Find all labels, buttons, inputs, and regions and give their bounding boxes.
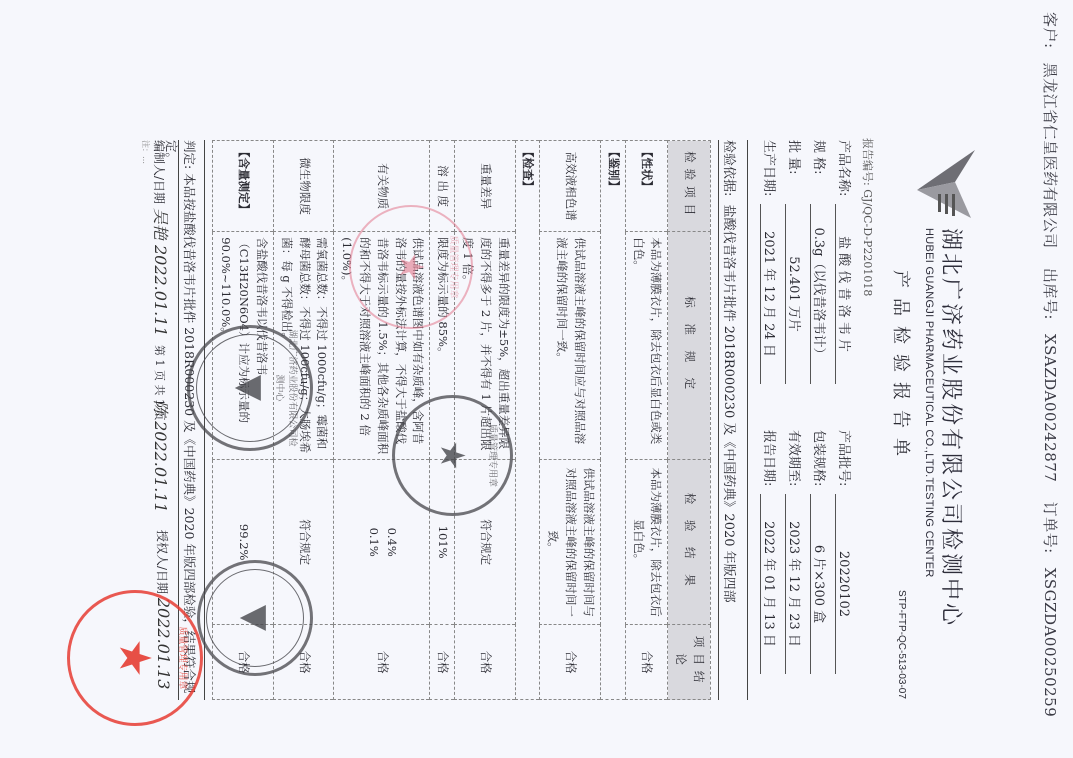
field-report-date: 报告日期:2022 年 01 月 13 日 <box>755 430 780 690</box>
field-batch-size: 批 量:52.401 万片 <box>780 140 805 400</box>
cell-item: 高效液相色谱 <box>540 141 600 232</box>
col-result: 检 验 结 果 <box>668 460 711 625</box>
fields-left: 产品名称:盐 酸 伐 昔 洛 韦 片 规 格:0.3g（以伐昔洛韦计） 批 量:… <box>755 140 855 400</box>
table-header-row: 检验项目 标 准 规 定 检 验 结 果 项目结论 <box>668 141 711 700</box>
customer-red-stamp: ★ 质量管理专用章 <box>67 590 203 726</box>
table-row: 【性状】本品为薄膜衣片，除去包衣后显白色或类白色。本品为薄膜衣片，除去包衣后显白… <box>625 141 668 700</box>
cell-conclusion: 合格 <box>540 625 600 700</box>
cell-item: 重量差异 <box>455 141 515 232</box>
cell-conclusion: 合格 <box>334 625 430 700</box>
cell-conclusion: 合格 <box>430 625 455 700</box>
field-batch-number: 产品批号:20220102 <box>830 430 855 690</box>
cell-conclusion: 合格 <box>455 625 515 700</box>
report-number: 报告编号: GJ/QC-D-P2201018 <box>860 138 876 296</box>
guangji-logo-icon <box>915 150 975 220</box>
order-label: 订单号: <box>1041 502 1059 554</box>
cell-section: 【含量测定】 <box>213 141 273 232</box>
cell-result: 供试品溶液主峰的保留时间与对照品溶液主峰的保留时间一致。 <box>540 460 600 625</box>
col-conclusion: 项目结论 <box>668 625 711 700</box>
testing-center-stamp: ▼ <box>197 560 313 676</box>
form-code: STP-FTP-QC-513-03-07 <box>896 590 907 699</box>
field-spec: 规 格:0.3g（以伐昔洛韦计） <box>805 140 830 400</box>
table-row: 【鉴别】 <box>600 141 625 700</box>
cell-standard: 供试品溶液主峰的保留时间应与对照品溶液主峰的保留时间一致。 <box>540 232 600 460</box>
customer-name: 黑龙江省仁皇医药有限公司 <box>1041 63 1059 249</box>
customer-line: 客户:黑龙江省仁皇医药有限公司 出库号:XSAZDA00242877 订单号:X… <box>1040 12 1061 752</box>
col-standard: 标 准 规 定 <box>668 232 711 460</box>
cell-section: 【鉴别】 <box>600 141 625 700</box>
inspection-basis: 检验依据: 盐酸伐昔洛韦片批件 2018R000230 及《中国药典》2020 … <box>721 140 740 700</box>
cell-result: 本品为薄膜衣片，除去包衣后显白色。 <box>625 460 668 625</box>
divider <box>747 140 748 700</box>
cell-section: 【性状】 <box>625 141 668 232</box>
order-number: XSGZDA00250259 <box>1041 568 1059 718</box>
notes: 注：… <box>140 140 151 164</box>
table-row: 【检查】 <box>515 141 540 700</box>
star-icon: ★ <box>391 252 431 282</box>
qc-testing-stamp: ▼ 湖北广济药业股份有限公司检测中心 <box>187 325 313 451</box>
company-name-en: HUBEI GUANGJI PHARMACEUTICAL CO.,LTD.TES… <box>923 228 935 578</box>
quality-management-stamp: ★ 质量管理专用章 <box>392 395 513 516</box>
company-name-cn: 湖北广济药业股份有限公司检测中心 <box>937 228 968 628</box>
col-item: 检验项目 <box>668 141 711 232</box>
divider <box>718 140 719 700</box>
faint-pink-stamp: ★ 质量管理专用章 <box>349 205 473 329</box>
report-title: 产品检验报告单 <box>889 270 915 466</box>
outbound-label: 出库号: <box>1041 268 1059 320</box>
preparer: 编制人/日期 吴艳 2022.01.11 <box>150 140 173 337</box>
outbound-number: XSAZDA00242877 <box>1041 334 1059 482</box>
field-package-spec: 包装规格:6 片×300 盒 <box>805 430 830 690</box>
star-icon: ★ <box>110 638 161 677</box>
field-production-date: 生产日期:2021 年 12 月 24 日 <box>755 140 780 400</box>
customer-label: 客户: <box>1041 12 1059 49</box>
cell-standard: 本品为薄膜衣片，除去包衣后显白色或类白色。 <box>625 232 668 460</box>
table-row: 高效液相色谱供试品溶液主峰的保留时间应与对照品溶液主峰的保留时间一致。供试品溶液… <box>540 141 600 700</box>
star-icon: ★ <box>433 440 473 470</box>
fields-right: 产品批号:20220102 包装规格:6 片×300 盒 有效期至:2023 年… <box>755 430 855 690</box>
reviewer-signature: 陈 2022.01.11 <box>150 400 173 513</box>
inspection-report-sheet: 客户:黑龙江省仁皇医药有限公司 出库号:XSAZDA00242877 订单号:X… <box>0 0 1073 758</box>
cell-conclusion: 合格 <box>625 625 668 700</box>
preparer-signature: 吴艳 2022.01.11 <box>151 208 170 337</box>
field-product-name: 产品名称:盐 酸 伐 昔 洛 韦 片 <box>830 140 855 400</box>
cell-item: 微生物限度 <box>273 141 333 232</box>
field-expiry-date: 有效期至:2023 年 12 月 23 日 <box>780 430 805 690</box>
cell-section: 【检查】 <box>515 141 540 700</box>
